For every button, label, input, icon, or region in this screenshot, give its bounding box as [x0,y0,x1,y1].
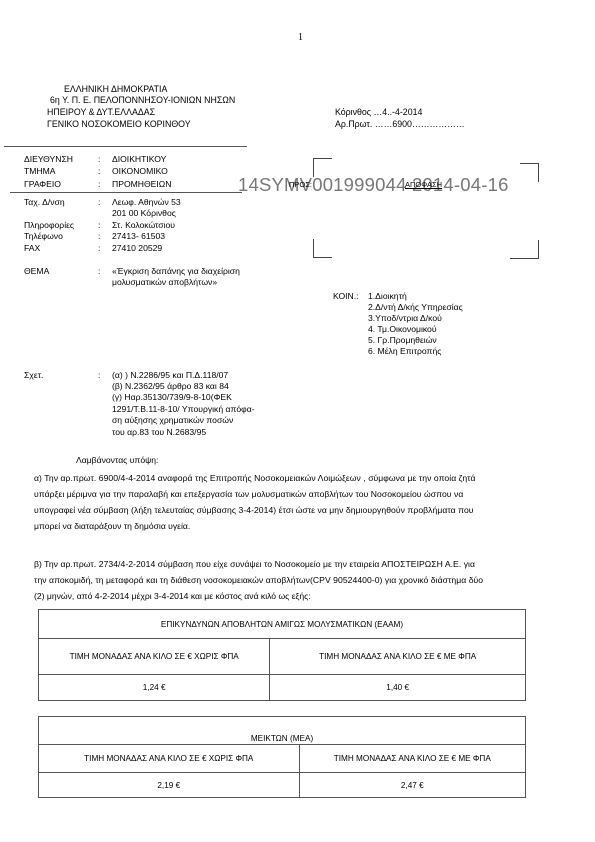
header-line-region: ΗΠΕΙΡΟΥ & ΔΥΤ.ΕΛΛΑΔΑΣ [47,107,155,118]
koin-label: ΚΟΙΝ.: [333,291,359,302]
colon: : [98,243,100,253]
paragraph-a-line: υπάρξει μέριμνα για την παραλαβή και επε… [34,489,463,499]
paragraph-a-line: υπογραφεί νέα σύμβαση (λήξη τελευταίας σ… [34,505,474,515]
subject-label: ΘΕΜΑ [24,266,49,276]
header-divider [4,146,247,147]
page-number: 1 [298,32,303,43]
related-line: (α) ) Ν.2286/95 και Π.Δ.118/07 [112,370,228,380]
document-type: ΑΠΟΦΑΣΗ [405,180,442,189]
paragraph-a-line: μπορεί να διαταράξουν τη δημόσια υγεία. [34,521,190,531]
table-eaam-value-no-vat: 1,24 € [39,675,270,701]
org-value-directorate: ΔΙΟΙΚΗΤΙΚΟΥ [112,154,166,164]
contact-label-phone: Τηλέφωνο [24,231,63,241]
contact-value-info: Στ. Κολοκώτσιου [112,220,175,230]
table-eaam-header-with-vat: ΤΙΜΗ ΜΟΝΑΔΑΣ ΑΝΑ ΚΙΛΟ ΣΕ € ΜΕ ΦΠΑ [270,639,526,675]
table-mea-title: ΜΕΙΚΤΩΝ (ΜΕΑ) [39,717,526,745]
table-mea: ΜΕΙΚΤΩΝ (ΜΕΑ) ΤΙΜΗ ΜΟΝΑΔΑΣ ΑΝΑ ΚΙΛΟ ΣΕ €… [38,716,526,798]
related-line: (γ) Ηαρ.35130/739/9-8-10(ΦΕΚ [112,392,232,402]
contact-value-fax: 27410 20529 [112,243,162,253]
contact-label-info: Πληροφορίες [24,220,74,230]
contact-value-postal: 201 00 Κόρινθος [112,208,176,218]
related-line: (β) Ν.2362/95 άρθρο 83 και 84 [112,381,229,391]
paragraph-b-line: την αποκομιδή, τη μεταφορά και τη διάθεσ… [34,575,483,585]
header-line-hospital: ΓΕΝΙΚΟ ΝΟΣΟΚΟΜΕΙΟ ΚΟΡΙΝΘΟΥ [47,119,191,130]
org-value-office: ΠΡΟΜΗΘΕΙΩΝ [112,179,171,189]
contact-label-fax: FAX [24,243,40,253]
ada-watermark: 14SYMV001999044 2014-04-16 [238,174,509,196]
related-line: 1291/Τ.Β.11-8-10/ Υπουργική απόφα- [112,404,255,414]
table-eaam-title: ΕΠΙΚΥΝΔΥΝΩΝ ΑΠΟΒΛΗΤΩΝ ΑΜΙΓΩΣ ΜΟΛΥΣΜΑΤΙΚΩ… [39,610,526,639]
box-corner-top-right [520,163,539,182]
colon: : [98,179,100,189]
colon: : [98,197,100,207]
koin-item: 4. Τμ.Οικονομικού [368,324,437,334]
colon: : [98,154,100,164]
contact-value-address: Λεωφ. Αθηνών 53 [112,197,181,207]
header-line-ype: 6η Υ. Π. Ε. ΠΕΛΟΠΟΝΝΗΣΟΥ-ΙΟΝΙΩΝ ΝΗΣΩΝ [50,95,235,106]
considering-heading: Λαμβάνοντας υπόψη: [76,455,158,465]
table-eaam-value-with-vat: 1,40 € [270,675,526,701]
koin-item: 6. Μέλη Επιτροπής [368,346,441,356]
koin-item: 5. Γρ.Προμηθειών [368,335,437,345]
place-date: Κόρινθος …4..-4-2014 [335,107,422,118]
subject-line-1: «Έγκριση δαπάνης για διαχείριση [112,266,240,276]
paragraph-a-line: α) Την αρ.πρωτ. 6900/4-4-2014 αναφορά τη… [34,473,476,483]
box-corner-bottom-left [313,239,332,258]
org-label-office: ΓΡΑΦΕΙΟ [24,179,61,189]
paragraph-b-line: β) Την αρ.πρωτ. 2734/4-2-2014 σύμβαση πο… [34,559,475,569]
colon: : [98,220,100,230]
koin-item: 2.Δ/ντή Δ/κής Υπηρεσίας [368,302,463,312]
colon: : [98,231,100,241]
org-label-department: ΤΜΗΜΑ [24,166,56,176]
related-line: του αρ.83 του Ν.2683/95 [112,427,206,437]
koin-item: 3.Υποδ/ντρια Δ/κού [368,313,442,323]
table-eaam-header-no-vat: ΤΙΜΗ ΜΟΝΑΔΑΣ ΑΝΑ ΚΙΛΟ ΣΕ € ΧΩΡΙΣ ΦΠΑ [39,639,270,675]
contact-value-phone: 27413- 61503 [112,231,165,241]
paragraph-b-line: (2) μηνών, από 4-2-2014 μέχρι 3-4-2014 κ… [34,591,311,601]
header-line-republic: ΕΛΛΗΝΙΚΗ ΔΗΜΟΚΡΑΤΙΑ [64,84,167,95]
table-eaam: ΕΠΙΚΥΝΔΥΝΩΝ ΑΠΟΒΛΗΤΩΝ ΑΜΙΓΩΣ ΜΟΛΥΣΜΑΤΙΚΩ… [38,609,526,701]
to-label: ΠΡΟΣ: [289,180,312,189]
table-mea-header-no-vat: ΤΙΜΗ ΜΟΝΑΔΑΣ ΑΝΑ ΚΙΛΟ ΣΕ € ΧΩΡΙΣ ΦΠΑ [39,745,300,773]
colon: : [98,166,100,176]
table-mea-value-with-vat: 2,47 € [299,773,525,798]
table-mea-header-with-vat: ΤΙΜΗ ΜΟΝΑΔΑΣ ΑΝΑ ΚΙΛΟ ΣΕ € ΜΕ ΦΠΑ [299,745,525,773]
org-value-department: ΟΙΚΟΝΟΜΙΚΟ [112,166,168,176]
colon: : [98,266,100,276]
related-label: Σχετ. [24,370,43,380]
contact-label-address: Ταχ. Δ/νση [24,197,65,207]
subject-line-2: μολυσματικών αποβλήτων» [112,277,217,287]
protocol-number: Αρ.Πρωτ. ……6900……………… [335,119,465,130]
colon: : [98,370,100,380]
table-mea-value-no-vat: 2,19 € [39,773,300,798]
org-label-directorate: ΔΙΕΥΘΥΝΣΗ [24,154,73,164]
box-corner-bottom-right [510,240,539,259]
org-divider [10,192,242,193]
koin-item: 1.Διοικητή [368,291,407,301]
related-line: ση αύξησης χρηματικών ποσών [112,415,233,425]
